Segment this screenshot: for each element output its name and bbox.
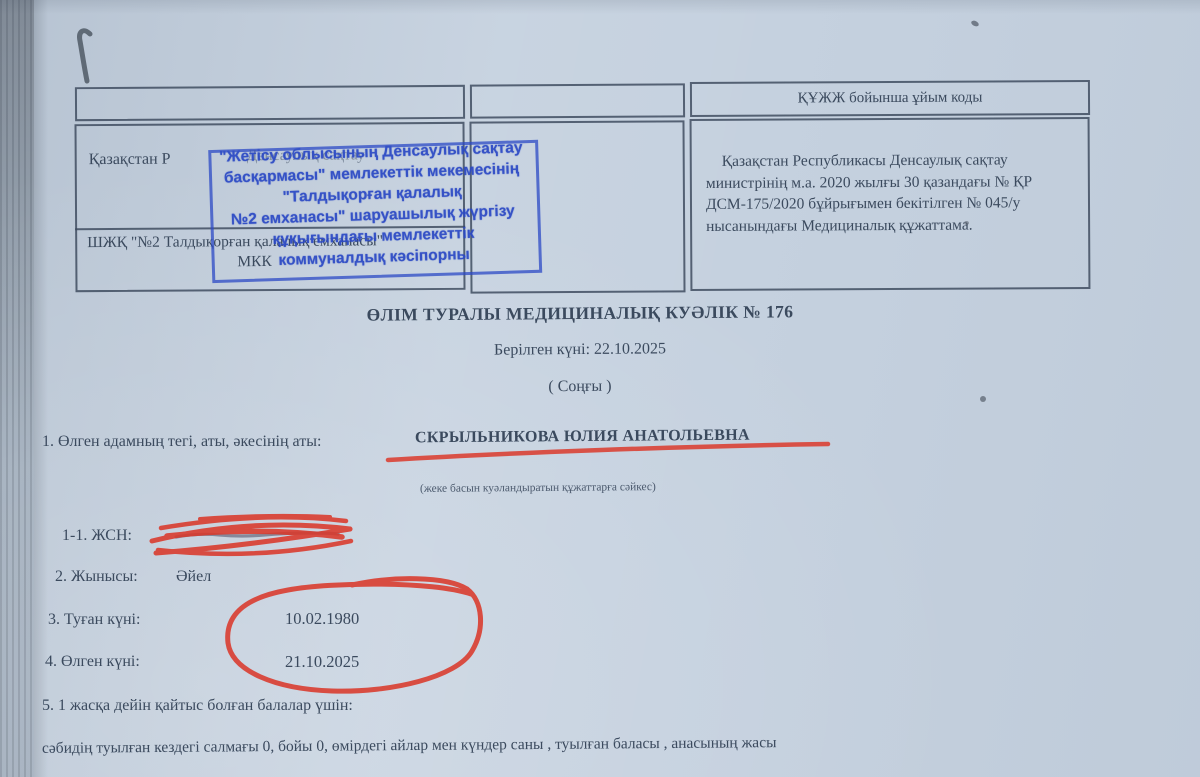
header-row1-left-box (75, 85, 465, 121)
field-death-date-value: 21.10.2025 (285, 652, 359, 672)
pen-mark (80, 31, 90, 81)
field-infant-section-label: 5. 1 жасқа дейін қайтыс болған балалар ү… (42, 697, 353, 715)
org-code-header-label: ҚҰЖЖ бойынша ұйым коды (798, 90, 983, 108)
header-row2-approval-box: Қазақстан Республикасы Денсаулық сақтау … (690, 117, 1091, 291)
field-deceased-name-note: (жеке басын куәландыратын құжаттарға сәй… (420, 481, 656, 495)
certificate-type-line: ( Соңғы ) (0, 373, 1160, 400)
field-infant-section-detail: сәбидің туылған кездегі салмағы 0, бойы … (42, 734, 777, 758)
certificate-title: ӨЛІМ ТУРАЛЫ МЕДИЦИНАЛЫҚ КУӘЛІК № 176 (0, 298, 1160, 328)
field-deceased-name-value: СКРЫЛЬНИКОВА ЮЛИЯ АНАТОЛЬЕВНА (415, 427, 750, 448)
field-birth-date-label: 3. Туған күні: (48, 611, 140, 629)
field-death-date-label: 4. Өлген күні: (45, 653, 140, 671)
left-box-printed-fragment: Қазақстан Р (89, 151, 171, 169)
field-sex-label: 2. Жынысы: (55, 568, 138, 586)
field-iin-label: 1-1. ЖСН: (62, 527, 132, 545)
iin-red-scribble (152, 516, 351, 554)
dates-red-circle (228, 579, 481, 691)
issue-date-line: Берілген күні: 22.10.2025 (0, 336, 1160, 363)
paper-speck (970, 20, 979, 28)
field-sex-value: Әйел (176, 568, 211, 586)
iin-obscured-digits (176, 533, 338, 537)
organization-stamp: "Жетісу облысының Денсаулық сақтау басқа… (178, 136, 567, 274)
document-photo: ҚҰЖЖ бойынша ұйым коды Қазақстан Р Денса… (0, 0, 1200, 777)
header-row1-middle-box (470, 83, 685, 118)
paper-speck (964, 221, 969, 225)
approval-order-text: Қазақстан Республикасы Денсаулық сақтау … (706, 149, 1076, 237)
field-birth-date-value: 10.02.1980 (285, 609, 359, 629)
field-deceased-name-label: 1. Өлген адамның тегі, аты, әкесінің аты… (42, 425, 387, 459)
paper-speck (980, 396, 986, 402)
header-row1-org-code-box: ҚҰЖЖ бойынша ұйым коды (690, 80, 1090, 117)
